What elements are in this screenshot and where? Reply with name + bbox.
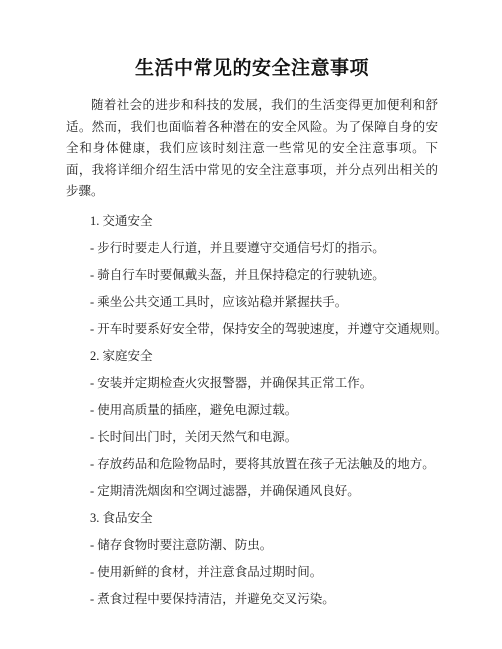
section-heading-home-safety: 2. 家庭安全 (90, 348, 438, 365)
section-heading-traffic-safety: 1. 交通安全 (90, 213, 438, 230)
list-item: - 骑自行车时要佩戴头盔，并且保持稳定的行驶轨迹。 (90, 267, 438, 284)
list-item: - 使用高质量的插座，避免电源过载。 (90, 402, 438, 419)
list-item: - 煮食过程中要保持清洁，并避免交叉污染。 (90, 591, 438, 608)
section-heading-food-safety: 3. 食品安全 (90, 510, 438, 527)
list-item: - 使用新鲜的食材，并注意食品过期时间。 (90, 564, 438, 581)
intro-paragraph: 随着社会的进步和科技的发展，我们的生活变得更加便利和舒适。然而，我们也面临着各种… (66, 95, 438, 203)
list-item: - 长时间出门时，关闭天然气和电源。 (90, 429, 438, 446)
list-item: - 储存食物时要注意防潮、防虫。 (90, 537, 438, 554)
list-item: - 安装并定期检查火灾报警器，并确保其正常工作。 (90, 375, 438, 392)
list-item: - 存放药品和危险物品时，要将其放置在孩子无法触及的地方。 (90, 456, 438, 473)
list-item: - 乘坐公共交通工具时，应该站稳并紧握扶手。 (90, 294, 438, 311)
document-page: 生活中常见的安全注意事项 随着社会的进步和科技的发展，我们的生活变得更加便利和舒… (0, 0, 502, 649)
list-item: - 开车时要系好安全带，保持安全的驾驶速度，并遵守交通规则。 (90, 321, 438, 338)
list-item: - 定期清洗烟囱和空调过滤器，并确保通风良好。 (90, 483, 438, 500)
list-item: - 步行时要走人行道，并且要遵守交通信号灯的指示。 (90, 240, 438, 257)
document-title: 生活中常见的安全注意事项 (66, 57, 438, 81)
